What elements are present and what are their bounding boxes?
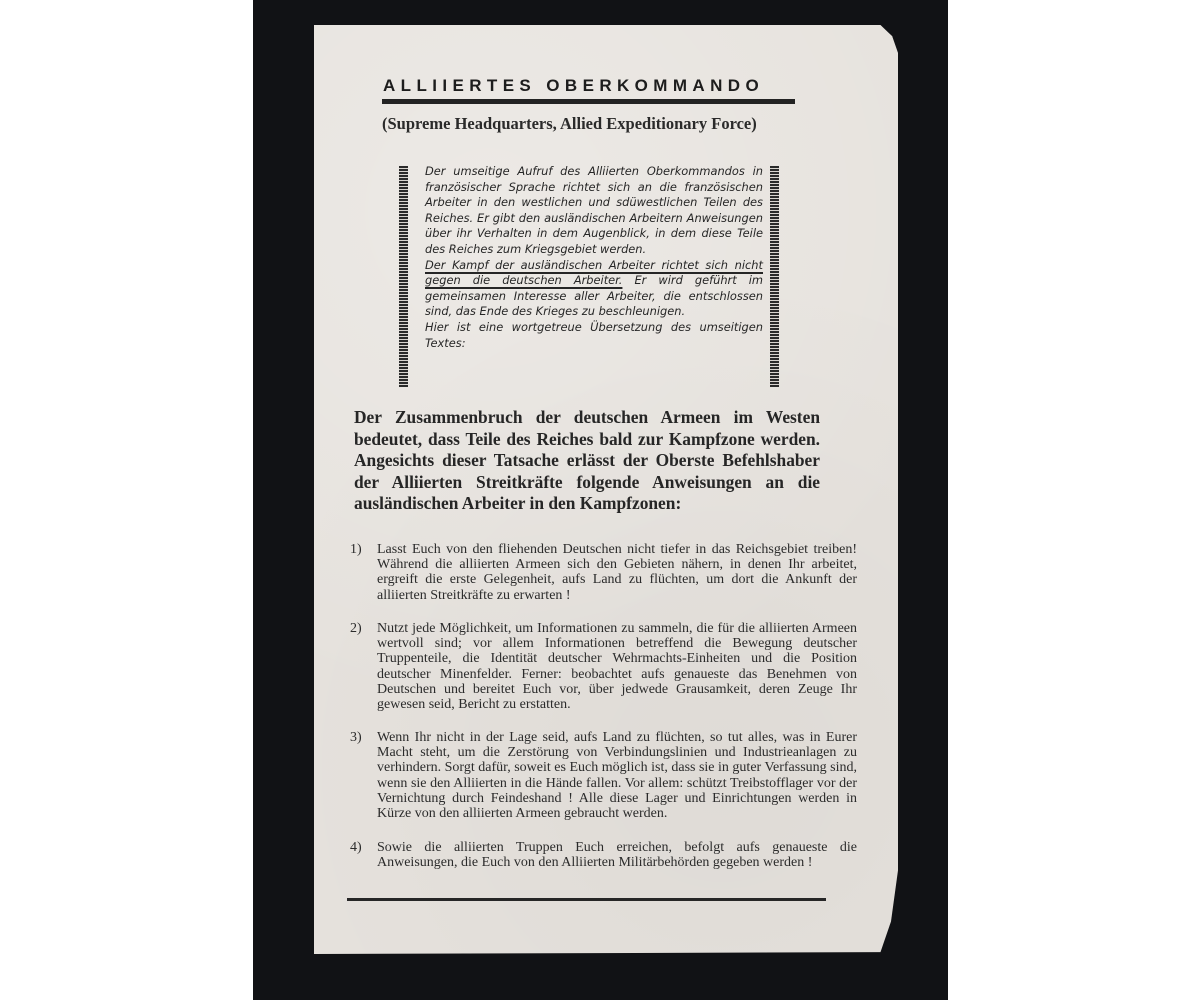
notice-paragraph-3: Hier ist eine wortgetreue Übersetzung de…: [425, 320, 763, 351]
instruction-number: 2): [350, 621, 362, 636]
notice-left-border-bar: [399, 166, 408, 387]
boxed-notice: Der umseitige Aufruf des Alliierten Ober…: [425, 164, 763, 351]
lead-paragraph: Der Zusammenbruch der deutschen Armeen i…: [354, 407, 820, 515]
instruction-number: 4): [350, 840, 362, 855]
instruction-number: 3): [350, 730, 362, 745]
notice-paragraph-1: Der umseitige Aufruf des Alliierten Ober…: [425, 164, 763, 258]
notice-right-border-bar: [770, 166, 779, 387]
leaflet-subtitle: (Supreme Headquarters, Allied Expedition…: [382, 114, 802, 134]
instruction-text: Wenn Ihr nicht in der Lage seid, aufs La…: [377, 730, 857, 821]
instruction-item: 2) Nutzt jede Möglichkeit, um Informatio…: [350, 621, 857, 712]
title-underline-rule: [382, 99, 795, 104]
notice-paragraph-2: Der Kampf der ausländischen Arbeiter ric…: [425, 258, 763, 320]
instruction-text: Lasst Euch von den fliehenden Deutschen …: [377, 542, 857, 603]
instruction-item: 3) Wenn Ihr nicht in der Lage seid, aufs…: [350, 730, 857, 821]
leaflet-title: ALLIIERTES OBERKOMMANDO: [383, 76, 795, 96]
instruction-text: Sowie die alliierten Truppen Euch erreic…: [377, 840, 857, 870]
bottom-rule: [347, 898, 826, 901]
instruction-number: 1): [350, 542, 362, 557]
instruction-item: 4) Sowie die alliierten Truppen Euch err…: [350, 840, 857, 870]
instruction-item: 1) Lasst Euch von den fliehenden Deutsch…: [350, 542, 857, 603]
instruction-text: Nutzt jede Möglichkeit, um Informationen…: [377, 621, 857, 712]
